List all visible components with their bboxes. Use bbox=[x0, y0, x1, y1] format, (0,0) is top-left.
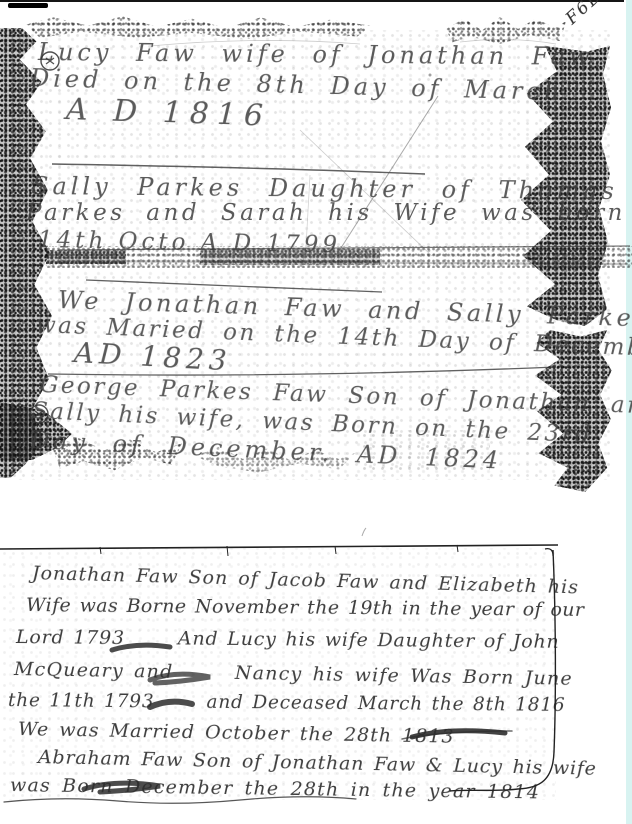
handwritten-reference-annotation: F6D1 bbox=[562, 0, 616, 29]
scan-right-edge-strip bbox=[626, 0, 632, 824]
smudge-band-dark-b bbox=[200, 249, 380, 265]
document-page: F6D1 Lucy Faw wife of Jonathan Faw Died … bbox=[0, 0, 632, 824]
scan-top-left-mark bbox=[8, 3, 48, 8]
lower-paper-texture bbox=[0, 548, 556, 800]
scan-top-edge-line bbox=[0, 0, 624, 2]
torn-edge-bottom-c bbox=[360, 430, 490, 470]
smudge-band-dark-a bbox=[46, 250, 126, 264]
